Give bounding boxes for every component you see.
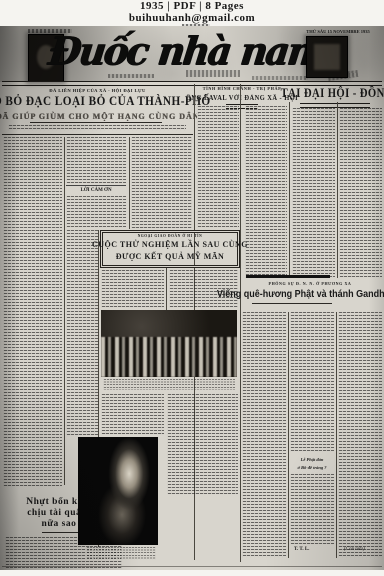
masthead-address-center	[186, 70, 240, 77]
body-text-column	[66, 230, 98, 435]
column-rule	[240, 84, 241, 562]
laval-headline: ÔNG LAVAL VỚI ĐẢNG XÃ - HỘI	[200, 93, 285, 103]
city-discards-subheadline: ĐÃ GIÚP GIÙM CHO MỘT HẠNG CÙNG DÂN	[7, 110, 188, 121]
portrait-photo-caption	[86, 547, 156, 560]
email-line: buihuuhanh@gmail.com	[0, 11, 384, 24]
body-text-column	[66, 137, 126, 183]
group-photo-image	[101, 310, 237, 377]
experiment-kicker: NGOẠI GIAO ĐOÀN Ở HI TÍN	[101, 233, 239, 238]
feature-top-bar	[246, 275, 330, 278]
masthead-title: Đuốc nhà nam.	[46, 28, 339, 74]
column-rule	[129, 137, 130, 229]
gandhi-subhead-line2: ở Bồ-đề tràng ?	[290, 464, 334, 471]
deck-rule-top	[30, 122, 162, 123]
laval-kicker: TÌNH HÌNH CHÁNH - TRỊ PHÁP	[196, 85, 288, 92]
masthead-address-left	[108, 74, 154, 78]
body-text-column	[339, 108, 382, 278]
body-text-column	[242, 312, 286, 558]
body-text-column	[245, 106, 287, 278]
column-rule	[336, 312, 337, 558]
scan-area: Đuốc nhà nam. THỨ SÁU 15 NOVEMBRE 1935 Đ…	[0, 26, 384, 570]
experiment-headline-box: NGOẠI GIAO ĐOÀN Ở HI TÍN CUỘC THỬ NGHIỆM…	[100, 230, 240, 268]
body-text-column	[338, 312, 382, 558]
japan-headline-rule	[42, 532, 82, 533]
masthead-address-right	[252, 76, 308, 80]
deck-rule-bottom	[2, 134, 193, 135]
body-text-column	[292, 108, 335, 278]
gandhi-headline: Viếng quê-hương Phật và thánh Gandhi	[228, 287, 376, 301]
group-photo-figures	[101, 337, 237, 377]
body-text-column	[101, 270, 164, 308]
column-rule	[166, 268, 167, 310]
body-text-column	[290, 312, 334, 452]
body-text-column	[290, 474, 334, 544]
body-text-column	[167, 394, 238, 494]
body-text-column	[197, 106, 239, 228]
city-discards-deck	[8, 125, 186, 131]
column-rule	[337, 102, 338, 278]
portrait-photo-image	[78, 437, 158, 545]
column-rule	[288, 312, 289, 558]
body-text-column	[66, 196, 126, 228]
body-text-column	[131, 137, 192, 228]
newspaper-scan-page: 1935 | PDF | 8 Pages buihuuhanh@gmail.co…	[0, 0, 384, 576]
group-photo-background	[101, 310, 237, 338]
gandhi-headline-rule	[252, 303, 332, 304]
gandhi-continuation: (Còn nữa)	[344, 547, 382, 554]
column-rule	[64, 137, 65, 485]
gandhi-signature: T. T. L.	[294, 547, 324, 554]
body-text-column	[101, 394, 164, 434]
page-bottom-rule	[2, 566, 382, 567]
gandhi-kicker: PHÓNG SỰ Đ. N. N. Ở PHƯƠNG XA	[240, 280, 380, 286]
issue-date: THỨ SÁU 15 NOVEMBRE 1935	[294, 28, 382, 34]
city-discards-headline: ĐỒ BỎ ĐẠC LOẠI BỎ CỦA THÀNH-PHỐ	[12, 94, 184, 108]
thanks-subhead: LỜI CẢM ƠN	[66, 185, 126, 194]
column-rule	[289, 102, 290, 278]
body-text-column	[3, 137, 62, 487]
masthead-band: Đuốc nhà nam. THỨ SÁU 15 NOVEMBRE 1935	[0, 26, 384, 82]
assembly-headline: TẠI ĐẠI HỘI - ĐỒNG	[298, 84, 375, 102]
gandhi-subhead-line1: Lễ Phật đản	[290, 456, 334, 463]
experiment-headline-line2: ĐƯỢC KẾT QUẢ MỸ MÃN	[101, 251, 239, 262]
right-stamp-image	[306, 36, 348, 78]
group-photo-caption	[103, 379, 235, 390]
experiment-headline-line1: CUỘC THỬ NGHIỆM LẦN SAU CÙNG	[101, 239, 239, 250]
right-stamp-emblem	[314, 44, 340, 70]
